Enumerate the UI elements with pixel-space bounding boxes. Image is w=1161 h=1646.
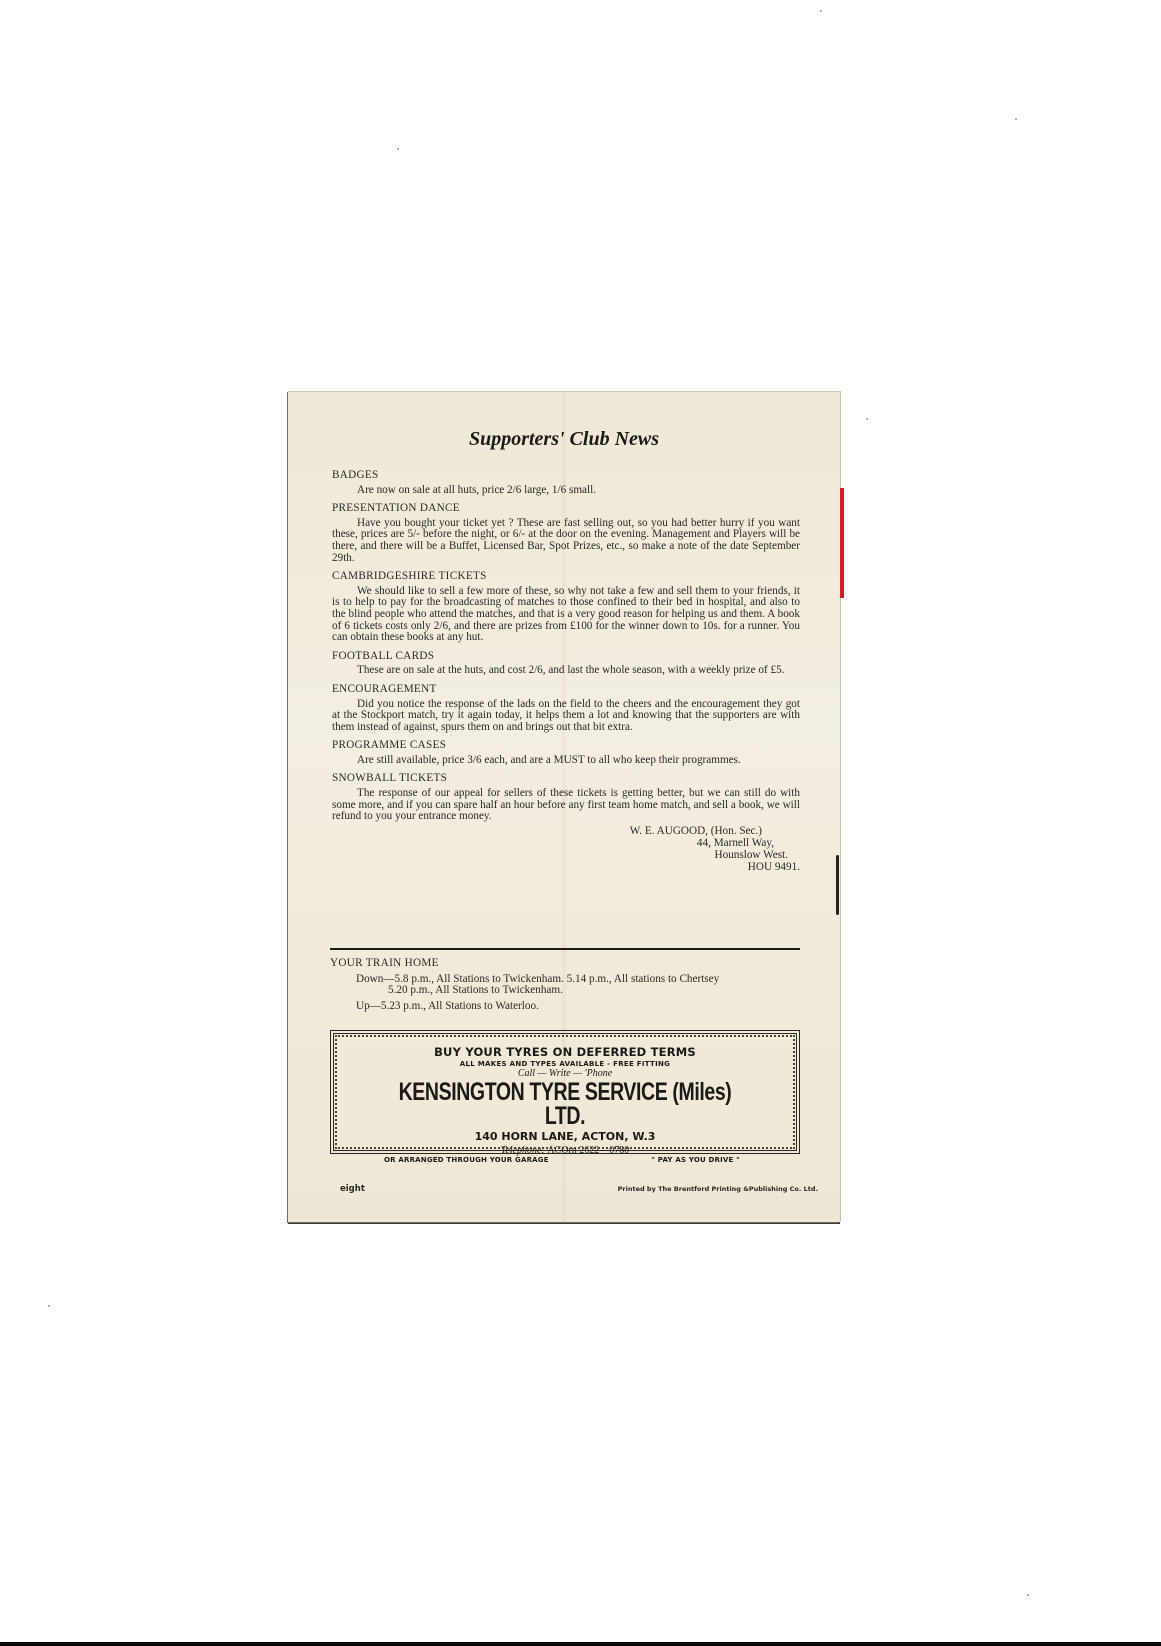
train-up-line: Up—5.23 p.m., All Stations to Waterloo. [330,1001,800,1013]
section-presentation-dance: PRESENTATION DANCE Have you bought your … [332,503,800,564]
advert-company: KENSINGTON TYRE SERVICE (Miles) LTD. [385,1080,745,1128]
advert-footer-left: OR ARRANGED THROUGH YOUR GARAGE [384,1156,549,1164]
staple [836,855,839,915]
section-heading: ENCOURAGEMENT [332,684,800,696]
page-number: eight [340,1184,365,1194]
speck [397,148,399,150]
section-text: Have you bought your ticket yet ? These … [332,518,800,564]
signature-address-2: Hounslow West. [332,849,800,861]
section-encouragement: ENCOURAGEMENT Did you notice the respons… [332,684,800,733]
section-text: Did you notice the response of the lads … [332,699,800,734]
section-cambridgeshire-tickets: CAMBRIDGESHIRE TICKETS We should like to… [332,571,800,644]
section-football-cards: FOOTBALL CARDS These are on sale at the … [332,651,800,677]
scan-edge-strip [0,1642,1161,1646]
advert-footer-right: " PAY AS YOU DRIVE " [651,1156,740,1164]
speck [48,1305,50,1307]
train-home-section: YOUR TRAIN HOME Down—5.8 p.m., All Stati… [330,958,800,1012]
advert-address: 140 HORN LANE, ACTON, W.3 [334,1130,796,1143]
section-snowball-tickets: SNOWBALL TICKETS The response of our app… [332,773,800,822]
section-text: These are on sale at the huts, and cost … [332,665,800,677]
section-heading: FOOTBALL CARDS [332,651,800,663]
signature-block: W. E. AUGOOD, (Hon. Sec.) 44, Marnell Wa… [332,825,800,873]
section-text: Are now on sale at all huts, price 2/6 l… [332,485,800,497]
programme-page: Supporters' Club News BADGES Are now on … [288,391,840,1222]
printer-credit: Printed by The Brentford Printing &Publi… [618,1185,818,1193]
advert-subline: ALL MAKES AND TYPES AVAILABLE - FREE FIT… [334,1060,796,1068]
page-title: Supporters' Club News [288,428,840,451]
section-heading: PROGRAMME CASES [332,740,800,752]
speck [866,418,868,420]
news-body: BADGES Are now on sale at all huts, pric… [332,470,800,873]
telephone-number: ACOrn 2622—0780 [547,1145,629,1156]
section-text: Are still available, price 3/6 each, and… [332,755,800,767]
train-down-line-2: 5.20 p.m., All Stations to Twickenham. [330,985,800,997]
section-text: We should like to sell a few more of the… [332,586,800,644]
train-heading: YOUR TRAIN HOME [330,958,800,970]
speck [820,10,822,12]
section-text: The response of our appeal for sellers o… [332,788,800,823]
section-heading: PRESENTATION DANCE [332,503,800,515]
section-badges: BADGES Are now on sale at all huts, pric… [332,470,800,496]
section-heading: BADGES [332,470,800,482]
speck [1015,118,1017,120]
advert-headline: BUY YOUR TYRES ON DEFERRED TERMS [334,1045,796,1059]
signature-address-1: 44, Marnell Way, [332,837,800,849]
section-heading: CAMBRIDGESHIRE TICKETS [332,571,800,583]
section-heading: SNOWBALL TICKETS [332,773,800,785]
tyre-service-advert: BUY YOUR TYRES ON DEFERRED TERMS ALL MAK… [330,1030,800,1154]
advert-footer: OR ARRANGED THROUGH YOUR GARAGE " PAY AS… [334,1156,796,1164]
advert-telephone: Telephone: ACOrn 2622—0780 [334,1145,796,1156]
red-edge-tab [840,488,844,598]
signature-name: W. E. AUGOOD, (Hon. Sec.) [332,825,800,837]
speck [1027,1594,1029,1596]
divider-rule [330,948,800,950]
signature-phone: HOU 9491. [332,861,800,873]
telephone-label: Telephone: [501,1145,545,1156]
section-programme-cases: PROGRAMME CASES Are still available, pri… [332,740,800,766]
